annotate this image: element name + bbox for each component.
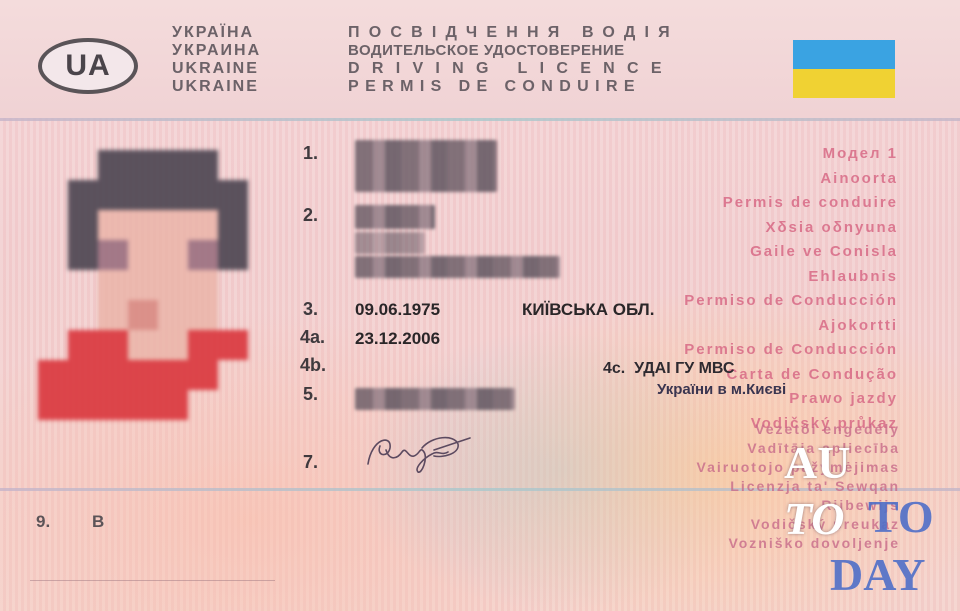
title-uk: ПОСВІДЧЕННЯ ВОДІЯ — [348, 24, 679, 42]
photo-pixel — [128, 270, 158, 300]
field-7-label: 7. — [303, 452, 318, 473]
field-4c-label: 4c. — [603, 360, 625, 377]
photo-pixel — [128, 210, 158, 240]
photo-pixel — [188, 150, 218, 180]
field-4a-label: 4a. — [300, 327, 325, 348]
field-5-label: 5. — [303, 384, 318, 405]
field-4b-label: 4b. — [300, 355, 326, 376]
licence-category: B — [92, 512, 104, 532]
photo-pixel — [158, 270, 188, 300]
microtext-line: Модел 1 — [538, 142, 898, 167]
photo-pixel — [38, 390, 68, 420]
photo-pixel — [98, 330, 128, 360]
photo-pixel — [158, 180, 188, 210]
photo-pixel — [98, 390, 128, 420]
field-2-name-redacted-c — [355, 256, 560, 278]
photo-pixel — [98, 270, 128, 300]
photo-pixel — [188, 180, 218, 210]
field-3-label: 3. — [303, 299, 318, 320]
photo-pixel — [158, 300, 188, 330]
country-name-ru: УКРАИНА — [172, 42, 261, 60]
photo-pixel — [218, 180, 248, 210]
photo-pixel — [98, 360, 128, 390]
photo-pixel — [68, 330, 98, 360]
photo-pixel — [188, 300, 218, 330]
flag-yellow-stripe — [793, 69, 895, 98]
issue-date: 23.12.2006 — [355, 329, 440, 349]
photo-pixel — [98, 300, 128, 330]
photo-pixel — [68, 390, 98, 420]
watermark-day: DAY — [830, 552, 925, 598]
photo-pixel — [128, 390, 158, 420]
issuer-line-1: УДАІ ГУ МВС — [634, 360, 734, 377]
country-name-uk: УКРАЇНА — [172, 24, 261, 42]
driving-licence-card: UA УКРАЇНА УКРАИНА UKRAINE UKRAINE ПОСВІ… — [0, 0, 960, 611]
microtext-line: Gaile ve Conisla — [538, 240, 898, 265]
country-names: УКРАЇНА УКРАИНА UKRAINE UKRAINE — [172, 24, 261, 96]
field-1-surname-redacted — [355, 140, 497, 192]
photo-pixel — [218, 240, 248, 270]
photo-pixel — [128, 150, 158, 180]
signature-icon — [362, 428, 472, 478]
photo-pixel — [188, 330, 218, 360]
photo-pixel — [68, 240, 98, 270]
photo-pixel — [158, 240, 188, 270]
header-divider — [0, 118, 960, 121]
country-name-en: UKRAINE — [172, 60, 261, 78]
field-2-label: 2. — [303, 205, 318, 226]
photo-pixel — [68, 210, 98, 240]
field-2-name-redacted-b — [355, 232, 425, 254]
photo-pixel — [158, 360, 188, 390]
photo-pixel — [98, 180, 128, 210]
photo-pixel — [158, 330, 188, 360]
photo-pixel — [188, 240, 218, 270]
photo-pixel — [188, 360, 218, 390]
photo-pixel — [128, 360, 158, 390]
field-2-name-redacted-a — [355, 205, 435, 229]
holder-photo-pixelated — [38, 140, 248, 470]
document-titles: ПОСВІДЧЕННЯ ВОДІЯ ВОДИТЕЛЬСКОЕ УДОСТОВЕР… — [348, 24, 679, 96]
photo-pixel — [128, 240, 158, 270]
photo-pixel — [188, 210, 218, 240]
photo-pixel — [158, 390, 188, 420]
field-1-label: 1. — [303, 143, 318, 164]
watermark-to-blue: TO — [868, 494, 934, 540]
microtext-line: Xδsia oδnyuna — [538, 216, 898, 241]
photo-pixel — [128, 330, 158, 360]
photo-pixel — [218, 210, 248, 240]
photo-pixel — [218, 330, 248, 360]
flag-blue-stripe — [793, 40, 895, 69]
photo-pixel — [188, 270, 218, 300]
photo-pixel — [68, 180, 98, 210]
photo-pixel — [38, 360, 68, 390]
field-9-label: 9. — [36, 512, 50, 532]
photo-pixel — [68, 360, 98, 390]
bottom-line — [30, 580, 275, 581]
issuer-line-2: України в м.Києві — [603, 379, 786, 400]
photo-pixel — [98, 240, 128, 270]
title-en: DRIVING LICENCE — [348, 60, 679, 78]
country-code-oval: UA — [38, 38, 138, 94]
photo-pixel — [158, 210, 188, 240]
issuing-authority: 4c. УДАІ ГУ МВС України в м.Києві — [603, 358, 786, 400]
photo-pixel — [158, 150, 188, 180]
photo-pixel — [128, 300, 158, 330]
watermark-to-white: TO — [784, 496, 845, 542]
microtext-line: Permis de conduire — [538, 191, 898, 216]
birth-date: 09.06.1975 — [355, 300, 440, 320]
title-fr: PERMIS DE CONDUIRE — [348, 78, 679, 96]
photo-pixel — [98, 150, 128, 180]
microtext-line: Ehlaubnis — [538, 265, 898, 290]
ukraine-flag-icon — [793, 40, 895, 98]
microtext-line: Ainoorta — [538, 167, 898, 192]
watermark-au: AU — [784, 440, 850, 486]
birth-place: КИЇВСЬКА ОБЛ. — [522, 300, 654, 320]
licence-number-redacted — [355, 388, 515, 410]
photo-pixel — [128, 180, 158, 210]
title-ru: ВОДИТЕЛЬСКОЕ УДОСТОВЕРЕНИЕ — [348, 42, 679, 60]
photo-pixel — [98, 210, 128, 240]
country-name-fr: UKRAINE — [172, 78, 261, 96]
